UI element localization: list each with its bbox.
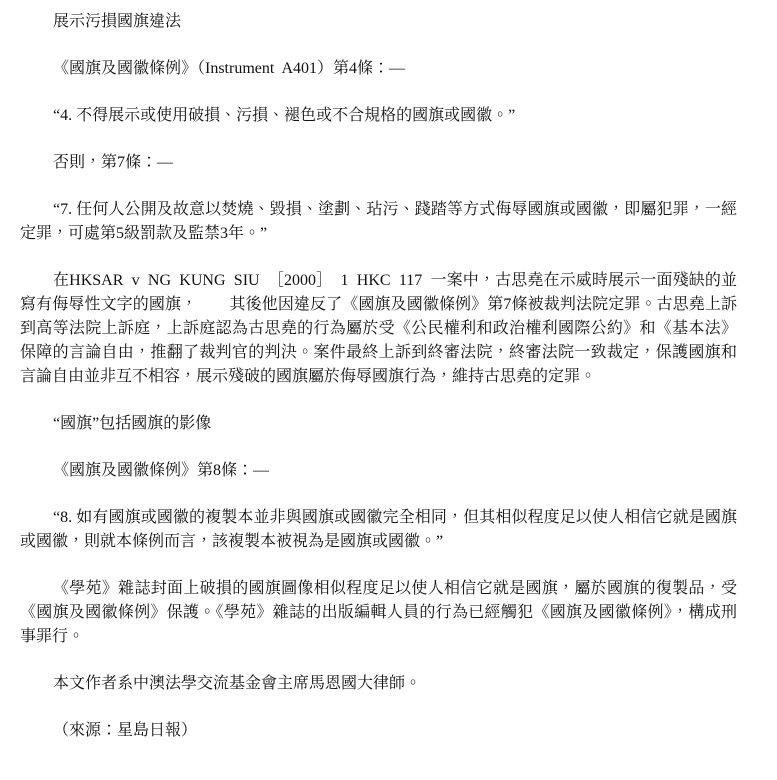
paragraph-ng-kung-siu-case: 在HKSAR v NG KUNG SIU ［2000］ 1 HKC 117 一案…	[20, 269, 737, 389]
paragraph-source-note: （來源：星島日報）	[20, 719, 737, 743]
paragraph-section7-quote: “7. 任何人公開及故意以焚燒、毀損、塗劃、玷污、踐踏等方式侮辱國旗或國徽，即屬…	[20, 198, 737, 246]
paragraph-otherwise-section7-heading: 否則，第7條：—	[20, 151, 737, 175]
document-page: 展示污損國旗違法 《國旗及國徽條例》（Instrument A401）第4條：—…	[0, 0, 777, 780]
paragraph-author-note: 本文作者系中澳法學交流基金會主席馬恩國大律師。	[20, 672, 737, 696]
paragraph-ordinance-section8-heading: 《國旗及國徽條例》第8條：—	[20, 459, 737, 483]
document-title: 展示污損國旗違法	[20, 10, 737, 34]
paragraph-section4-quote: “4. 不得展示或使用破損、污損、褪色或不合規格的國旗或國徽。”	[20, 104, 737, 128]
paragraph-ordinance-section4-heading: 《國旗及國徽條例》（Instrument A401）第4條：—	[20, 57, 737, 81]
paragraph-magazine-analysis: 《學苑》雜誌封面上破損的國旗圖像相似程度足以使人相信它就是國旗，屬於國旗的復製品…	[20, 577, 737, 649]
paragraph-section8-quote: “8. 如有國旗或國徽的複製本並非與國旗或國徽完全相同，但其相似程度足以使人相信…	[20, 506, 737, 554]
paragraph-flag-includes-image-heading: “國旗”包括國旗的影像	[20, 412, 737, 436]
